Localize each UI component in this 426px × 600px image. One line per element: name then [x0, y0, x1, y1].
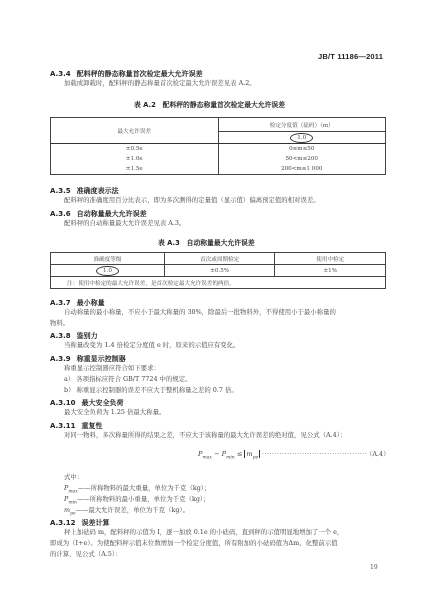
- table-a2-cell: ±0.5e: [51, 144, 219, 154]
- formula-subscript: max: [202, 455, 212, 460]
- paragraph-a312-line2: 即成为（I+e）。为使配料秤示值末位数增加一个检定分度值，所有附加的小砝码值为Δ…: [50, 538, 338, 548]
- table-a2-cell: 50<m≤200: [218, 154, 386, 164]
- section-number: A.3.5: [50, 187, 71, 195]
- table-a2-cell: 0≤m≤50: [218, 144, 386, 154]
- paragraph-a312-line3: 的计算，见公式（A.5）：: [50, 549, 121, 559]
- where-label: 式中：: [64, 472, 83, 482]
- standard-code: JB/T 11186—2011: [318, 52, 383, 61]
- paragraph-a38: 当称量改变为 1.4 倍检定分度值 e 时，原来的示值应有变化。: [64, 340, 239, 350]
- section-number: A.3.6: [50, 210, 71, 218]
- table-a3-caption: 表 A.3 自动称量最大允许误差: [158, 237, 255, 247]
- paragraph-a312-line1: 秤上加砝码 m，配料秤的示值为 I，逐一加放 0.1e 的小砝码，直到秤的示值明…: [64, 527, 343, 537]
- table-a2-caption: 表 A.2 配料秤的静态称量首次检定最大允许误差: [134, 99, 285, 109]
- table-a2: 最大允许误差 检定分度值（砝码）（m） 1.0 ±0.5e 0≤m≤50 ±1.…: [50, 117, 386, 175]
- table-a2-header-division: 检定分度值（砝码）（m）: [218, 118, 386, 132]
- table-a3-cell: ±0.5%: [164, 265, 275, 277]
- paragraph-a311: 对同一物料，多次称量所得的结果之差，不应大于该称量的最大允许误差的绝对值，见公式…: [64, 430, 346, 440]
- formula-subscript: min: [226, 455, 235, 460]
- table-a3-header: 首次或周期检定: [164, 253, 275, 265]
- table-a2-cell: ±1.5e: [51, 164, 219, 175]
- section-number: A.3.11: [50, 422, 75, 430]
- paragraph-a36: 配料秤的自动称量最大允许误差见表 A.3。: [64, 218, 185, 228]
- section-title: 自动称量最大允许误差: [77, 210, 147, 218]
- page-number: 19: [370, 564, 378, 571]
- paragraph-a310: 最大安全负荷为 1.25 倍最大称量。: [64, 407, 165, 417]
- paragraph-a37-line2: 物料。: [50, 318, 69, 328]
- section-title: 最小称量: [77, 299, 105, 307]
- formula-operator: −: [212, 450, 222, 458]
- section-number: A.3.10: [50, 399, 75, 407]
- section-title: 准确度表示法: [77, 187, 119, 195]
- absolute-value: mpe: [244, 450, 260, 458]
- paragraph-a37-line1: 自动称量的最小称量，不应小于最大称量的 30%，除最后一批物料外，不得使用小于最…: [64, 307, 336, 317]
- table-a3: 准确度等级 首次或周期检定 使用中检定 1.0 ±0.5% ±1% 注：使用中检…: [50, 252, 386, 289]
- table-a3-note: 注：使用中检定的最大允许误差，是首次检定最大允许误差的两倍。: [51, 277, 386, 289]
- table-a3-header: 准确度等级: [51, 253, 165, 265]
- paragraph-a35: 配料秤的准确度用百分比表示，即为多次测得的定量值（显示值）偏离预定值的相对误差。: [64, 195, 320, 205]
- formula-a4: Pmax − Pmin ≤ mpe: [198, 450, 260, 460]
- section-number: A.3.12: [50, 519, 75, 527]
- table-a2-cell: 200<m≤1 000: [218, 164, 386, 175]
- list-item-a39-b: b） 称重显示控制器的误差不应大于整机称量之差的 0.7 倍。: [64, 385, 238, 395]
- section-title: 称重显示控制器: [77, 355, 126, 363]
- paragraph-a34: 加载或卸载时，配料秤的静态称量首次检定最大允许误差见表 A.2。: [64, 78, 256, 88]
- section-title: 配料秤的静态称量首次检定最大允许误差: [77, 70, 203, 78]
- section-title: 鉴别力: [77, 332, 98, 340]
- table-a3-cell: ±1%: [275, 265, 386, 277]
- definition-text: ——所称物料的最大重量，单位为千克（kg）；: [78, 484, 211, 492]
- accuracy-class-circled: 1.0: [96, 266, 119, 276]
- list-item-a39-a: a） 各项指标应符合 GB/T 7724 中的规定。: [64, 374, 192, 384]
- formula-subscript: pe: [253, 455, 259, 460]
- section-title: 最大安全负荷: [81, 399, 123, 407]
- table-a3-header: 使用中检定: [275, 253, 386, 265]
- definition-text: ——所称物料的最小重量，单位为千克（kg）；: [77, 495, 210, 503]
- section-number: A.3.9: [50, 355, 71, 363]
- table-a2-accuracy-cell: 1.0: [218, 132, 386, 144]
- accuracy-class-circled: 1.0: [290, 133, 313, 143]
- table-a2-header-error: 最大允许误差: [51, 118, 219, 144]
- table-a3-cell: 1.0: [51, 265, 165, 277]
- formula-operator: ≤: [235, 450, 245, 458]
- section-number: A.3.7: [50, 299, 71, 307]
- section-title: 误差计算: [81, 519, 109, 527]
- table-a2-cell: ±1.0e: [51, 154, 219, 164]
- section-number: A.3.8: [50, 332, 71, 340]
- section-number: A.3.4: [50, 70, 71, 78]
- definition-text: ——最大允许误差，单位为千克（kg）。: [76, 506, 189, 514]
- formula-leader-dots: ········································…: [262, 451, 366, 458]
- formula-label-a4: （A.4）: [366, 449, 390, 459]
- paragraph-a39: 称重显示控制器应符合如下要求：: [64, 363, 160, 373]
- section-title: 重复性: [81, 422, 102, 430]
